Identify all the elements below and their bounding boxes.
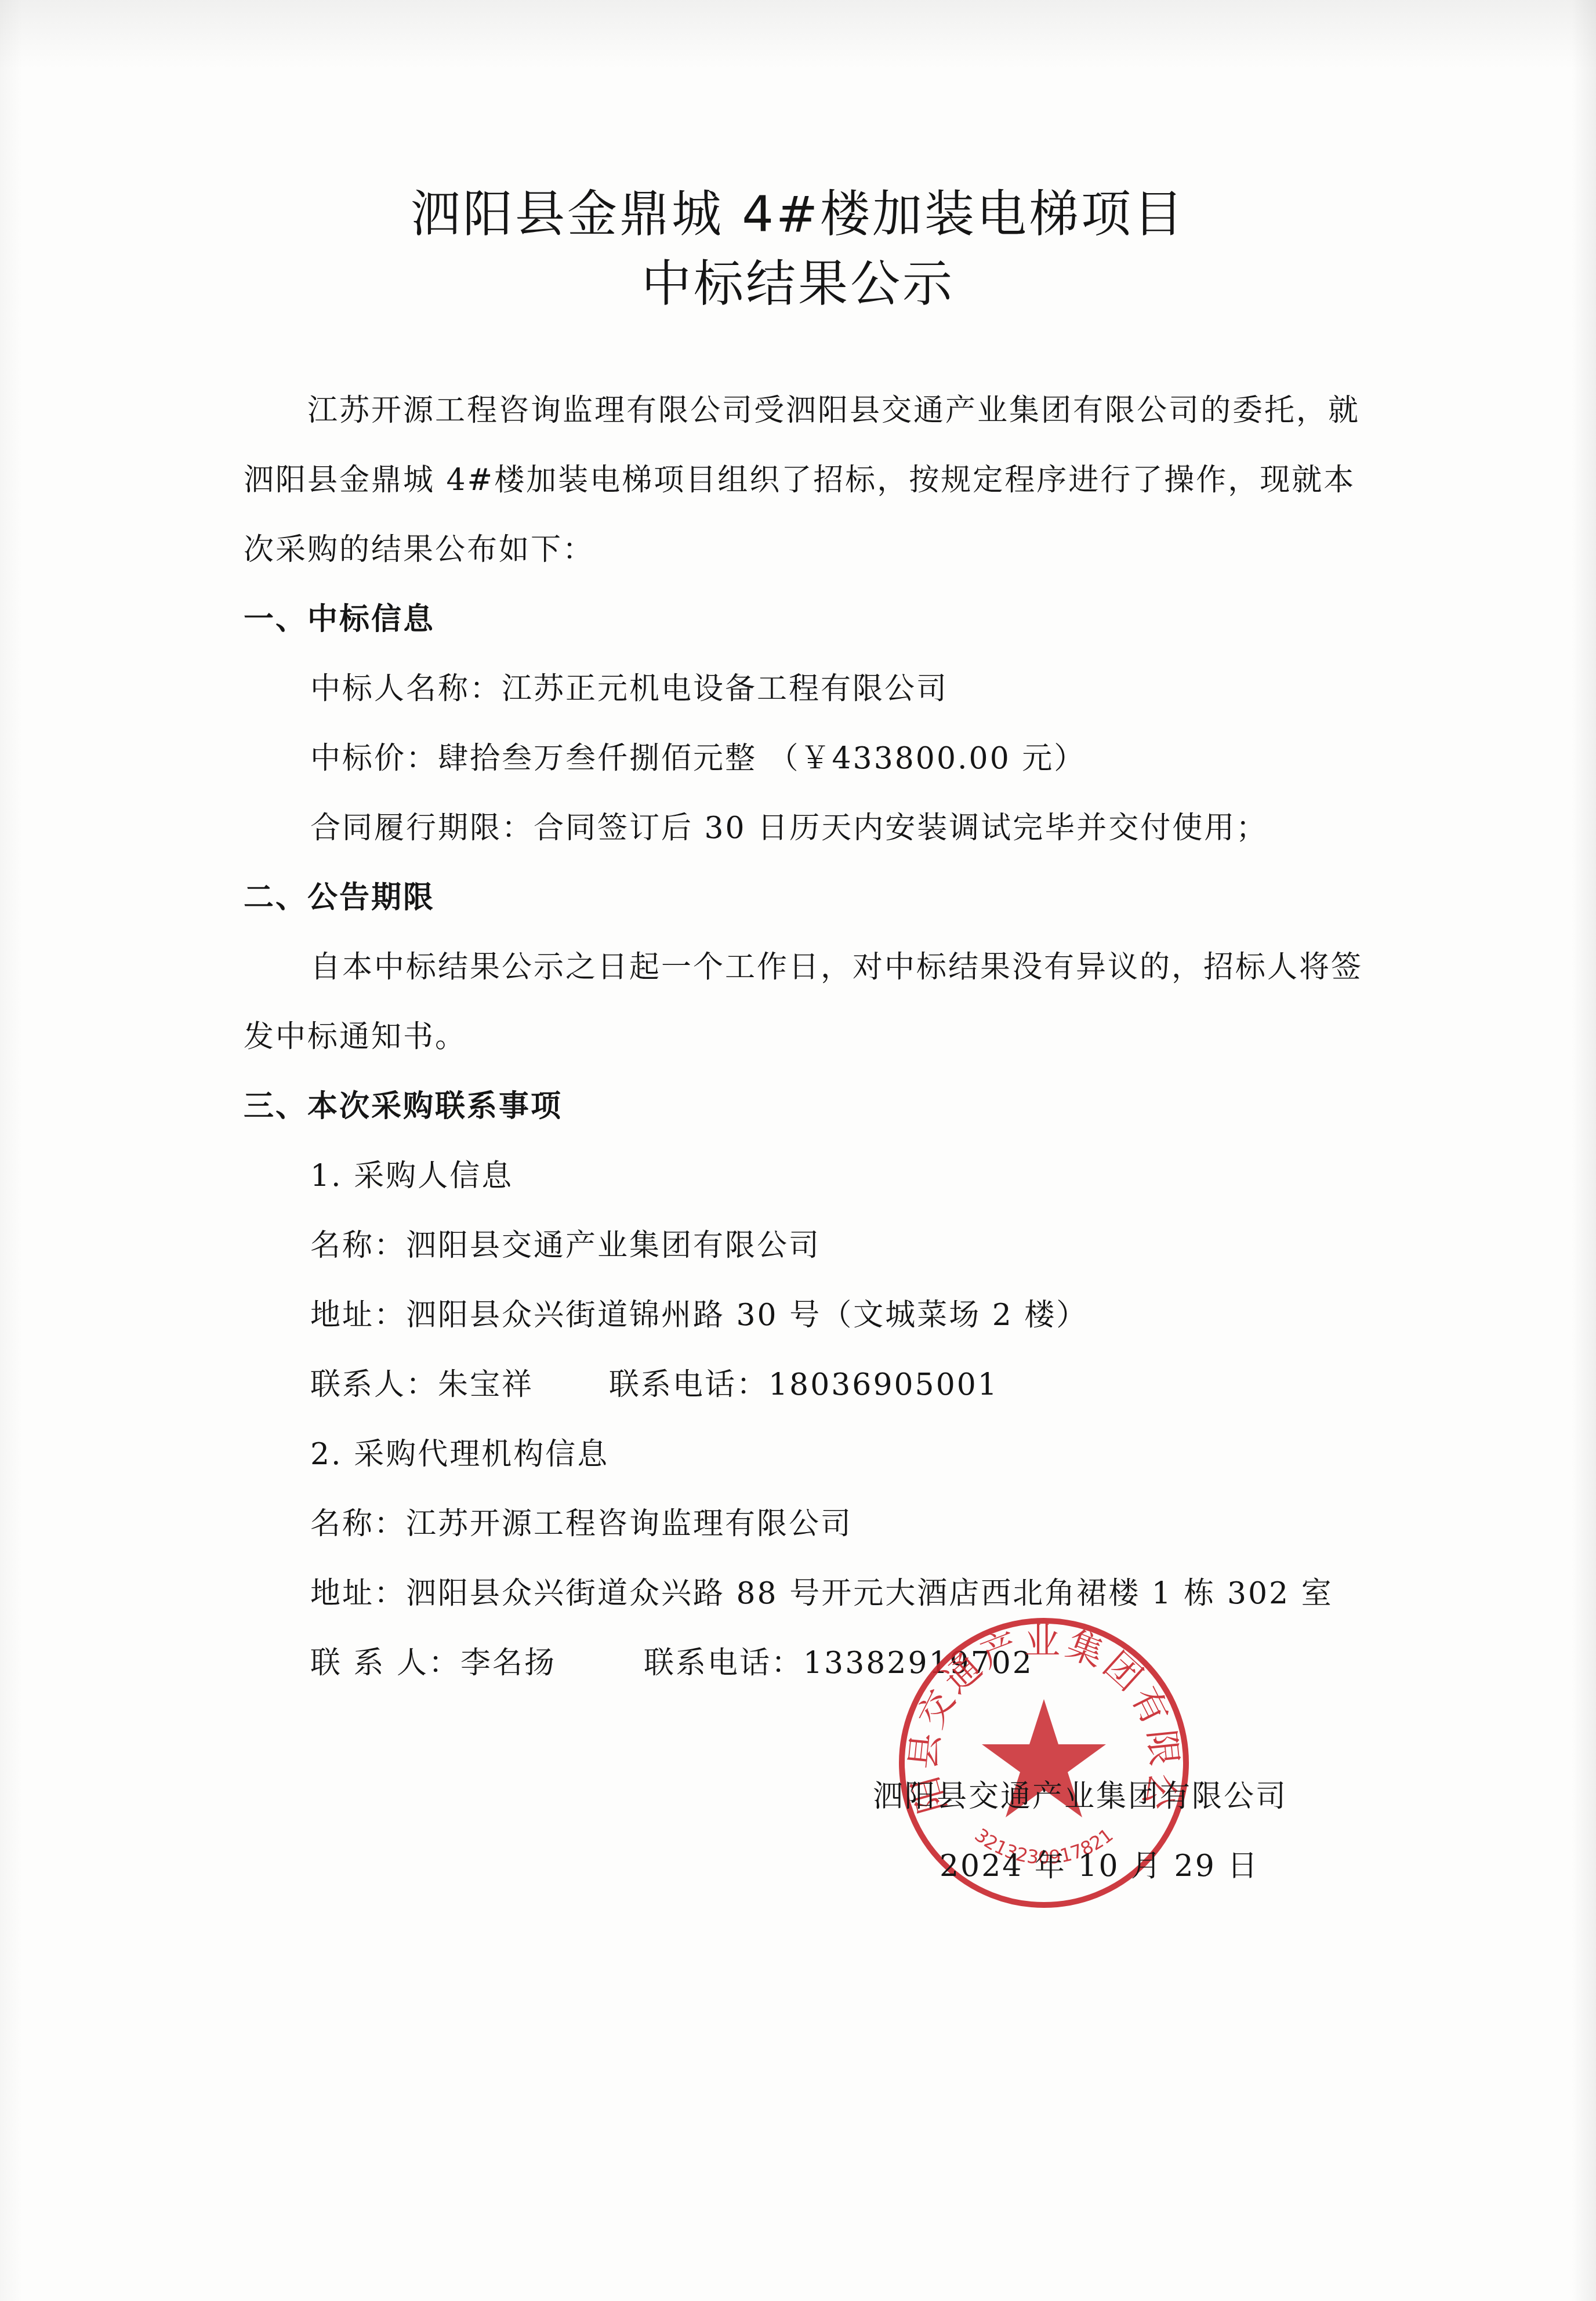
signature-date: 2024 年 10 月 29 日 bbox=[940, 1841, 1259, 1885]
document-title: 泗阳县金鼎城 4#楼加装电梯项目 bbox=[0, 174, 1596, 246]
purchaser-name: 名称：泗阳县交通产业集团有限公司 bbox=[310, 1221, 821, 1264]
document-page: 泗阳县金鼎城 4#楼加装电梯项目 中标结果公示 江苏开源工程咨询监理有限公司受泗… bbox=[0, 0, 1596, 2301]
signature-org: 泗阳县交通产业集团有限公司 bbox=[873, 1772, 1287, 1815]
section-heading-2: 二、公告期限 bbox=[244, 873, 435, 916]
winner-name: 中标人名称：江苏正元机电设备工程有限公司 bbox=[310, 664, 948, 707]
agency-name: 名称：江苏开源工程咨询监理有限公司 bbox=[310, 1499, 853, 1543]
winning-price: 中标价：肆拾叁万叁仟捌佰元整 （￥433800.00 元） bbox=[310, 734, 1086, 777]
contract-period: 合同履行期限：合同签订后 30 日历天内安装调试完毕并交付使用； bbox=[310, 803, 1268, 847]
purchaser-heading: 1. 采购人信息 bbox=[310, 1151, 513, 1195]
agency-address: 地址：泗阳县众兴街道众兴路 88 号开元大酒店西北角裙楼 1 栋 302 室 bbox=[310, 1569, 1333, 1612]
section-heading-3: 三、本次采购联系事项 bbox=[244, 1081, 563, 1125]
section-heading-1: 一、中标信息 bbox=[244, 594, 435, 638]
purchaser-address: 地址：泗阳县众兴街道锦州路 30 号（文城菜场 2 楼） bbox=[310, 1290, 1088, 1334]
intro-line-3: 次采购的结果公布如下： bbox=[244, 525, 594, 568]
notice-period-line-2: 发中标通知书。 bbox=[244, 1012, 467, 1055]
document-subtitle: 中标结果公示 bbox=[0, 244, 1596, 315]
intro-line-2: 泗阳县金鼎城 4#楼加装电梯项目组织了招标，按规定程序进行了操作，现就本 bbox=[244, 455, 1355, 499]
agency-contact: 联 系 人：李名扬 bbox=[310, 1638, 556, 1682]
notice-period-line-1: 自本中标结果公示之日起一个工作日，对中标结果没有异议的，招标人将签 bbox=[310, 942, 1363, 986]
purchaser-phone: 联系电话：18036905001 bbox=[609, 1360, 999, 1403]
intro-line-1: 江苏开源工程咨询监理有限公司受泗阳县交通产业集团有限公司的委托，就 bbox=[307, 386, 1360, 429]
agency-heading: 2. 采购代理机构信息 bbox=[310, 1429, 609, 1473]
purchaser-contact: 联系人：朱宝祥 bbox=[310, 1360, 534, 1403]
